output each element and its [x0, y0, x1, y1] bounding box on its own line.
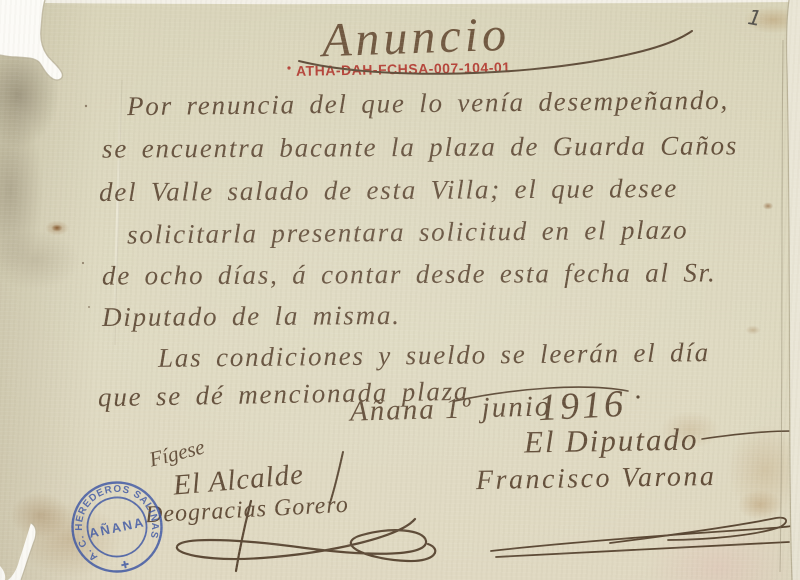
body-line: Diputado de la misma. — [102, 300, 401, 333]
body-line: del Valle salado de esta Villa; el que d… — [99, 173, 678, 208]
dateline-place: Añana 1º junio — [350, 390, 552, 428]
body-line: se encuentra bacante la plaza de Guarda … — [102, 130, 738, 164]
body-line: de ocho días, á contar desde esta fecha … — [102, 257, 717, 291]
signature-name-francisco-varona: Francisco Varona — [476, 461, 717, 497]
body-line: solicitarla presentara solicitud en el p… — [127, 215, 689, 251]
scanned-document: Anuncio ATHA-DAH-FCHSA-007-104-01 1 Por … — [0, 0, 800, 580]
body-line: Las condiciones y sueldo se leerán el dí… — [158, 337, 710, 374]
body-line: Por renuncia del que lo venía desempeñan… — [127, 85, 729, 122]
signature-role-diputado: El Diputado — [524, 421, 699, 460]
